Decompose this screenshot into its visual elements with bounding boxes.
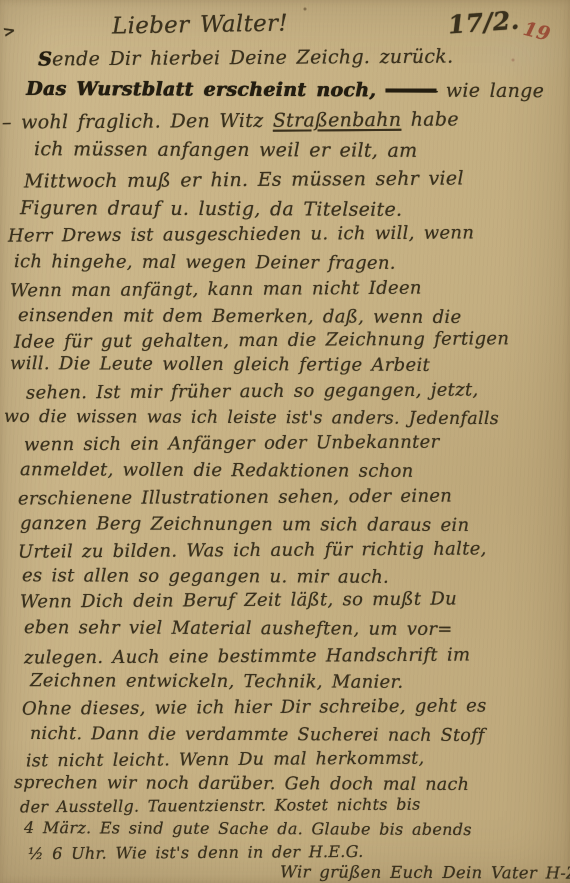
letter-text: eben sehr viel Material ausheften, um vo… — [24, 617, 453, 640]
letter-text-heavy: S — [38, 48, 52, 70]
letter-line: Wenn man anfängt, kann man nicht Ideen — [10, 279, 422, 303]
letter-text: erschienene Illustrationen sehen, oder e… — [18, 485, 452, 509]
letter-text: – wohl fraglich. Den Witz — [2, 110, 273, 134]
letter-line: – wohl fraglich. Den Witz Straßenbahn ha… — [2, 109, 459, 134]
letter-text: 4 März. Es sind gute Sache da. Glaube bi… — [24, 818, 472, 839]
letter-text: ende Dir hierbei Deine Zeichg. zurück. — [52, 46, 454, 71]
letter-line: Herr Drews ist ausgeschieden u. ich will… — [8, 223, 474, 247]
letter-line: ich müssen anfangen weil er eilt, am — [34, 139, 418, 163]
letter-text: Zeichnen entwickeln, Technik, Manier. — [30, 670, 404, 693]
letter-text: es ist allen so gegangen u. mir auch. — [22, 565, 389, 588]
letter-line: Mittwoch muß er hin. Es müssen sehr viel — [24, 168, 464, 193]
letter-text-strike: ——— — [385, 79, 436, 101]
letter-line: Ohne dieses, wie ich hier Dir schreibe, … — [22, 696, 487, 720]
letter-text: Wenn Dich dein Beruf Zeit läßt, so mußt … — [20, 588, 457, 612]
letter-text: ist nicht leicht. Wenn Du mal herkommst, — [26, 749, 425, 772]
letter-text: Herr Drews ist ausgeschieden u. ich will… — [8, 222, 474, 246]
letter-text: nicht. Dann die verdammte Sucherei nach … — [30, 724, 485, 746]
letter-text: ich hingehe, mal wegen Deiner fragen. — [14, 251, 396, 274]
letter-line: es ist allen so gegangen u. mir auch. — [22, 566, 389, 588]
letter-text: wo die wissen was ich leiste ist's ander… — [4, 407, 499, 429]
letter-text: habe — [401, 108, 459, 130]
letter-text: sehen. Ist mir früher auch so gegangen, … — [26, 379, 479, 403]
letter-line: ist nicht leicht. Wenn Du mal herkommst, — [26, 749, 425, 772]
letter-line: wo die wissen was ich leiste ist's ander… — [4, 407, 499, 429]
letter-line: sprechen wir noch darüber. Geh doch mal … — [14, 773, 469, 795]
letter-text: ganzen Berg Zeichnungen um sich daraus e… — [20, 513, 469, 536]
letter-line: ganzen Berg Zeichnungen um sich daraus e… — [20, 514, 469, 537]
letter-line: anmeldet, wollen die Redaktionen schon — [20, 460, 414, 482]
letter-line: Zeichnen entwickeln, Technik, Manier. — [30, 671, 404, 693]
letter-line: der Ausstellg. Tauentzienstr. Kostet nic… — [20, 796, 421, 817]
letter-text: Figuren drauf u. lustig, da Titelseite. — [20, 197, 402, 221]
letter-line: eben sehr viel Material ausheften, um vo… — [24, 618, 453, 641]
letter-line: sehen. Ist mir früher auch so gegangen, … — [26, 380, 479, 404]
letter-text: Mittwoch muß er hin. Es müssen sehr viel — [24, 167, 464, 192]
letter-line: ich hingehe, mal wegen Deiner fragen. — [14, 252, 396, 274]
letter-line: 4 März. Es sind gute Sache da. Glaube bi… — [24, 819, 472, 839]
letter-line: nicht. Dann die verdammte Sucherei nach … — [30, 724, 485, 746]
letter-text: einsenden mit dem Bemerken, daß, wenn di… — [18, 305, 462, 328]
letter-text: wie lange — [436, 80, 544, 102]
letter-body: Sende Dir hierbei Deine Zeichg. zurück.D… — [0, 0, 570, 883]
letter-line: Das Wurstblatt erscheint noch, ——— wie l… — [26, 79, 544, 103]
letter-line: Sende Dir hierbei Deine Zeichg. zurück. — [38, 47, 454, 72]
letter-line: erschienene Illustrationen sehen, oder e… — [18, 486, 452, 510]
letter-line: will. Die Leute wollen gleich fertige Ar… — [10, 354, 430, 377]
letter-text-heavy: Das Wurstblatt erscheint noch, — [26, 78, 376, 102]
letter-line: Idee für gut gehalten, man die Zeichnung… — [14, 329, 509, 353]
letter-line: einsenden mit dem Bemerken, daß, wenn di… — [18, 306, 462, 329]
letter-text: der Ausstellg. Tauentzienstr. Kostet nic… — [20, 795, 421, 817]
letter-line: Wir grüßen Euch Dein Vater H-Z. — [280, 863, 570, 883]
letter-text: ich müssen anfangen weil er eilt, am — [34, 138, 418, 162]
letter-line: Wenn Dich dein Beruf Zeit läßt, so mußt … — [20, 589, 457, 613]
letter-line: Urteil zu bilden. Was ich auch für richt… — [18, 539, 487, 563]
letter-text: wenn sich ein Anfänger oder Unbekannter — [24, 432, 440, 456]
letter-text: will. Die Leute wollen gleich fertige Ar… — [10, 353, 430, 376]
letter-page: > Lieber Walter! 17/2. 19 Sende Dir hier… — [0, 0, 570, 883]
letter-text: Wenn man anfängt, kann man nicht Ideen — [10, 278, 422, 302]
letter-line: Figuren drauf u. lustig, da Titelseite. — [20, 198, 402, 222]
letter-text: Wir grüßen Euch Dein Vater H-Z. — [280, 862, 570, 882]
letter-text: anmeldet, wollen die Redaktionen schon — [20, 459, 414, 482]
letter-text: ½ 6 Uhr. Wie ist's denn in der H.E.G. — [28, 842, 364, 863]
letter-text-underline: Straßenbahn — [273, 109, 402, 132]
letter-line: wenn sich ein Anfänger oder Unbekannter — [24, 433, 440, 457]
letter-text: Idee für gut gehalten, man die Zeichnung… — [14, 328, 509, 352]
letter-text: sprechen wir noch darüber. Geh doch mal … — [14, 773, 469, 795]
letter-text: zulegen. Auch eine bestimmte Handschrift… — [24, 644, 471, 668]
letter-text: Urteil zu bilden. Was ich auch für richt… — [18, 538, 487, 562]
letter-line: zulegen. Auch eine bestimmte Handschrift… — [24, 645, 471, 669]
letter-line: ½ 6 Uhr. Wie ist's denn in der H.E.G. — [28, 843, 364, 864]
letter-text: Ohne dieses, wie ich hier Dir schreibe, … — [22, 695, 487, 719]
